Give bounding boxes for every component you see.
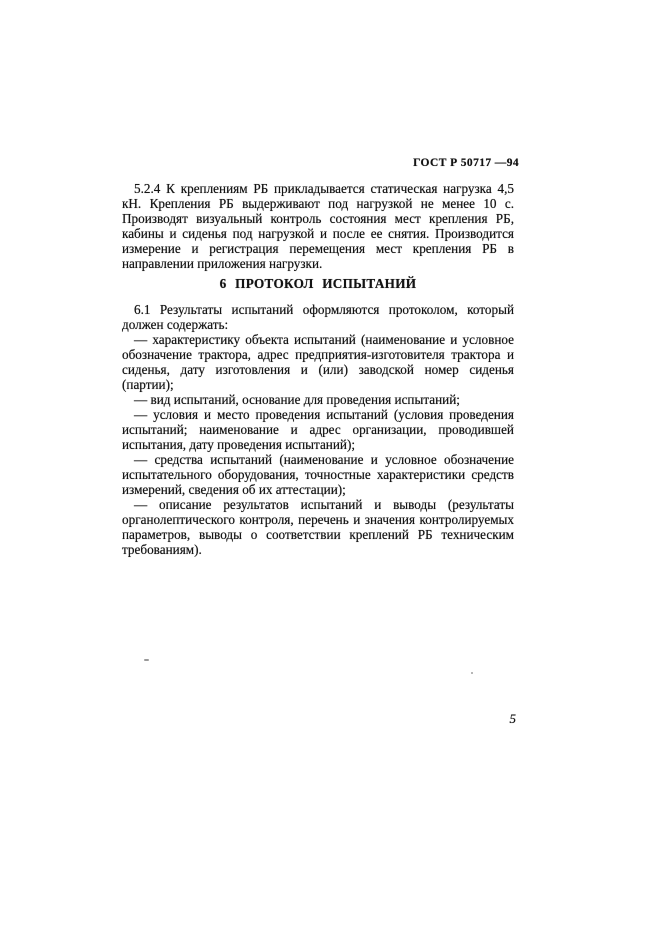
protocol-list-item-means: — средства испытаний (наименование и усл… — [122, 452, 514, 497]
section-6-heading: 6 ПРОТОКОЛ ИСПЫТАНИЙ — [122, 276, 514, 291]
document-page: ГОСТ Р 50717 —94 5.2.4 К креплениям РБ п… — [0, 0, 661, 935]
clause-6-1-intro-paragraph: 6.1 Результаты испытаний оформляются про… — [122, 302, 514, 332]
protocol-list-item-results: — описание результатов испытаний и вывод… — [122, 497, 514, 557]
protocol-list-item-test-type: — вид испытаний, основание для проведени… — [122, 392, 514, 407]
scan-artifact-dash — [144, 659, 149, 661]
protocol-list-item-conditions: — условия и место проведения испытаний (… — [122, 407, 514, 452]
page-number: 5 — [122, 712, 516, 726]
protocol-list-item-characteristics: — характеристику объекта испытаний (наим… — [122, 332, 514, 392]
running-header-doc-code: ГОСТ Р 50717 —94 — [122, 157, 519, 170]
clause-5-2-4-paragraph: 5.2.4 К креплениям РБ прикладывается ста… — [122, 181, 514, 271]
scan-artifact-dot — [471, 672, 473, 674]
page-body: 5.2.4 К креплениям РБ прикладывается ста… — [122, 181, 514, 557]
